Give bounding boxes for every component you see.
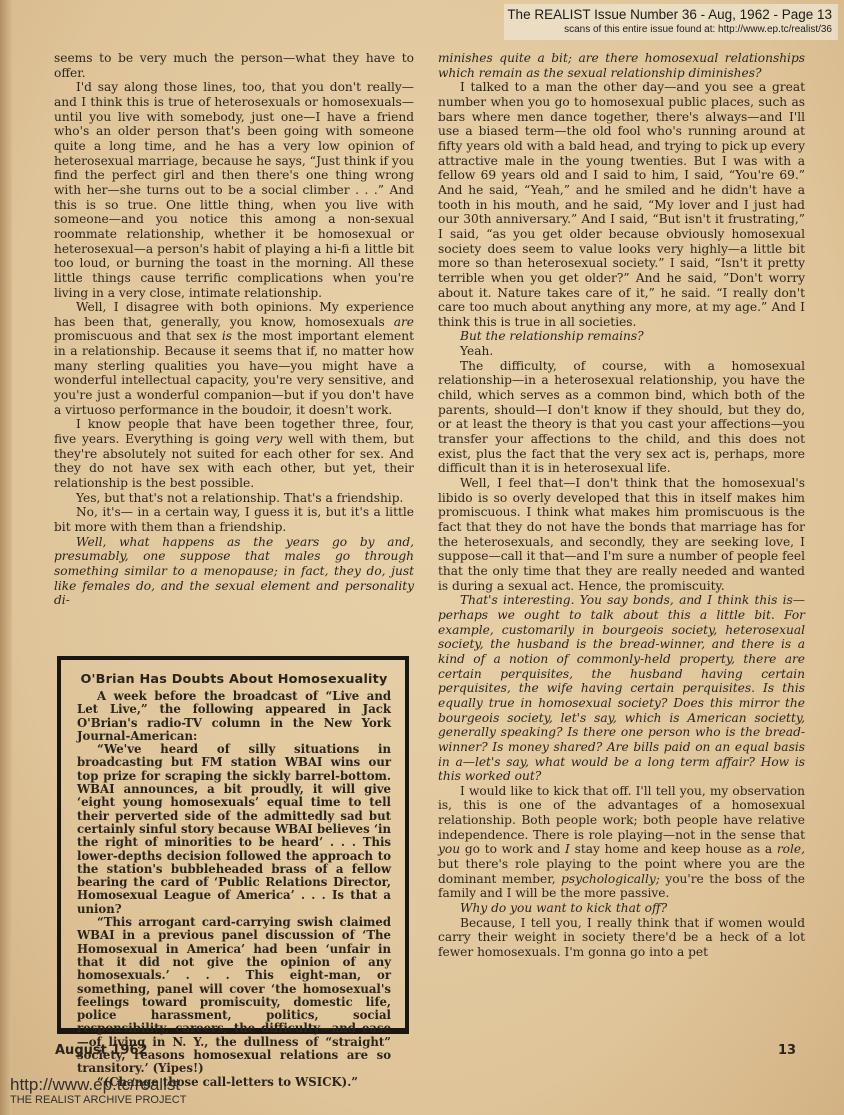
interviewer-question: Why do you want to kick that off? [438,901,805,916]
right-column: minishes quite a bit; are there homosexu… [438,51,805,960]
paragraph: seems to be very much the person—what th… [54,51,414,80]
interviewer-question: That's interesting. You say bonds, and I… [438,593,805,784]
paragraph: I know people that have been together th… [54,417,414,490]
paragraph: No, it's— in a certain way, I guess it i… [54,505,414,534]
archive-footer: http://www.ep.tc/realist THE REALIST ARC… [10,1075,186,1107]
archive-header: The REALIST Issue Number 36 - Aug, 1962 … [504,4,838,40]
left-column: seems to be very much the person—what th… [54,51,414,608]
sidebar-box-title: O'Brian Has Doubts About Homosexuality [77,672,391,687]
interviewer-question: minishes quite a bit; are there homosexu… [438,51,805,80]
page-number: 13 [778,1043,796,1058]
paragraph: I talked to a man the other day—and you … [438,80,805,329]
sidebar-paragraph: “We've heard of silly situations in broa… [77,743,391,916]
paragraph: Well, I disagree with both opinions. My … [54,300,414,417]
sidebar-box: O'Brian Has Doubts About Homosexuality A… [57,656,409,1034]
archive-url: http://www.ep.tc/realist [10,1075,186,1094]
interviewer-question: Well, what happens as the years go by an… [54,535,414,608]
archive-header-subtitle: scans of this entire issue found at: htt… [504,23,832,36]
page-edge-shadow [0,0,12,1115]
interviewer-question: But the relationship remains? [438,329,805,344]
sidebar-paragraph: A week before the broadcast of “Live and… [77,690,391,743]
paragraph: Well, I feel that—I don't think that the… [438,476,805,593]
footer-date: August 1962 [55,1043,148,1058]
archive-project-label: THE REALIST ARCHIVE PROJECT [10,1094,186,1107]
paragraph: Yeah. [438,344,805,359]
paragraph: The difficulty, of course, with a homose… [438,359,805,476]
paragraph: I'd say along those lines, too, that you… [54,80,414,300]
paragraph: Yes, but that's not a relationship. That… [54,491,414,506]
paragraph: I would like to kick that off. I'll tell… [438,784,805,901]
paragraph: Because, I tell you, I really think that… [438,916,805,960]
archive-header-title: The REALIST Issue Number 36 - Aug, 1962 … [504,7,832,23]
